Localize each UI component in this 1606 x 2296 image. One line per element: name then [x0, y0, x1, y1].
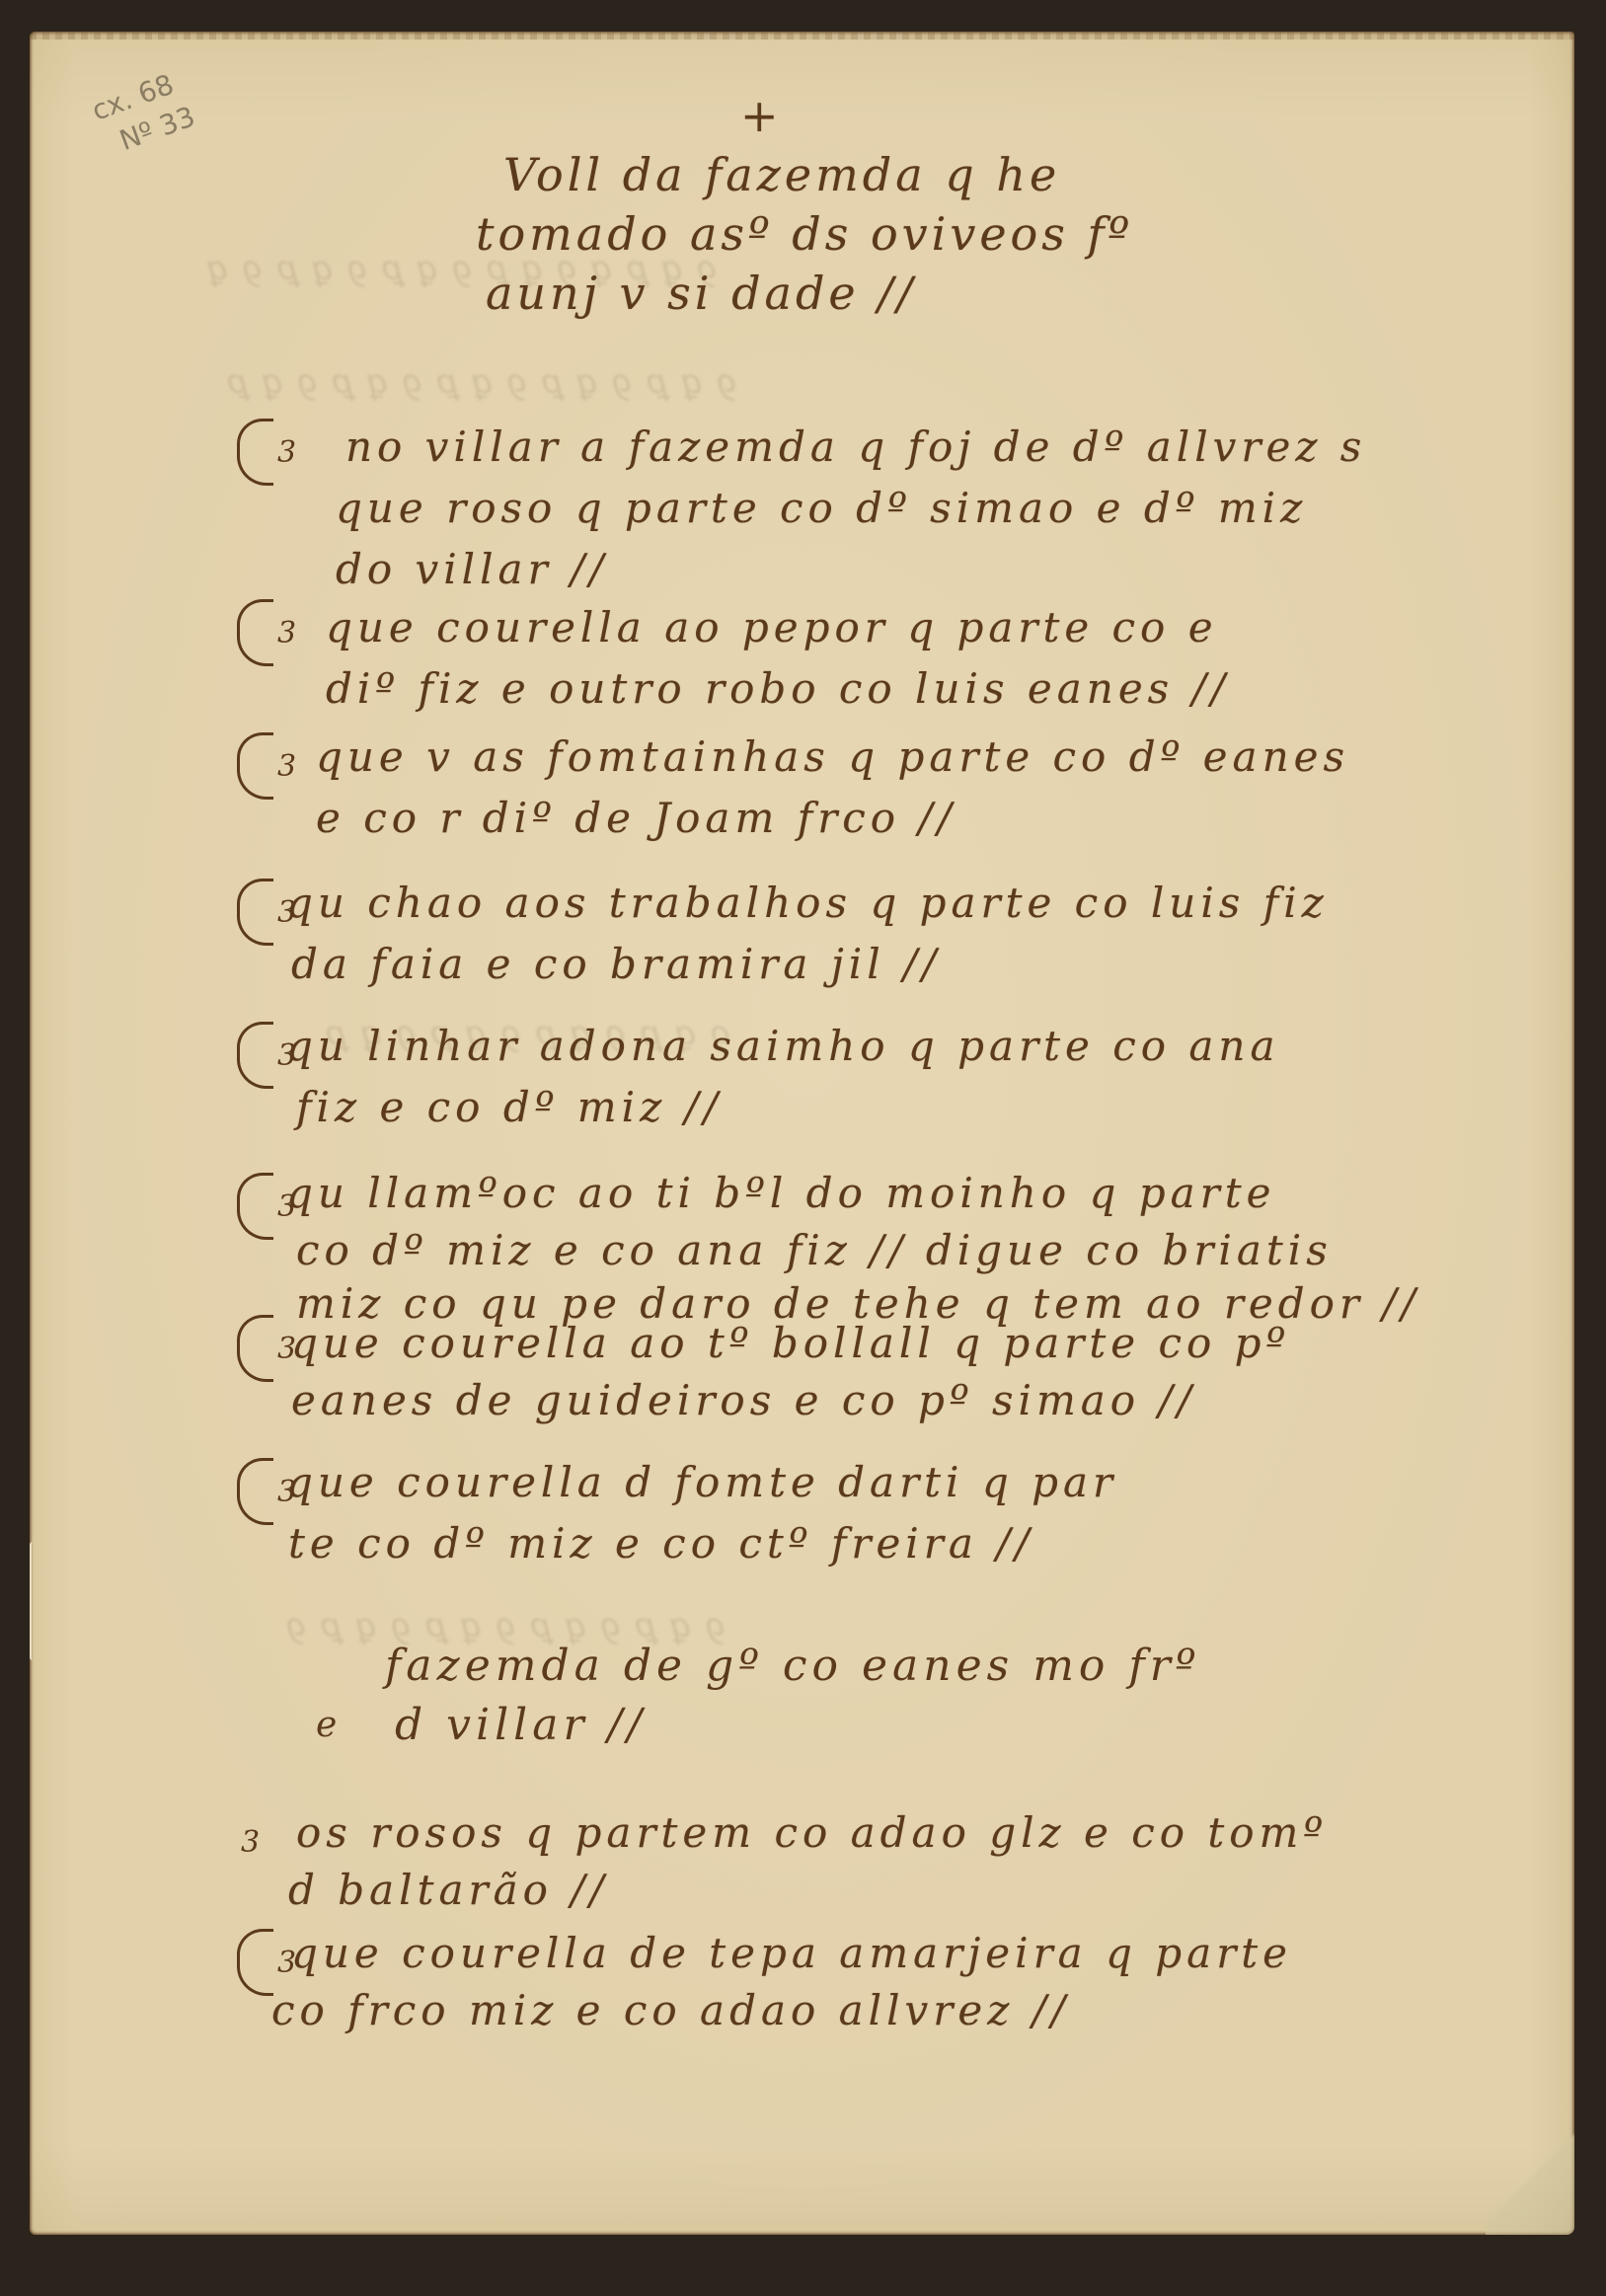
brace-icon [237, 599, 273, 666]
invocation-cross: + [740, 89, 779, 142]
entry-line: d baltarão // [288, 1866, 609, 1914]
entry-line: te co dº miz e co ctº freira // [288, 1519, 1034, 1568]
brace-icon [237, 1929, 273, 1996]
heading-line: aunj v si dade // [486, 267, 916, 320]
folded-corner [1486, 2126, 1574, 2235]
brace-icon [237, 1315, 273, 1382]
entry-line: os rosos q partem co adao glz e co tomº [296, 1808, 1328, 1857]
show-through-ink: ꝯ ꝗ ꝑ ꝯ ꝗ ꝑ ꝯ ꝗ ꝑ ꝯ ꝗ ꝑ ꝯ ꝗ ꝑ [227, 357, 738, 403]
entry-line: diº fiz e outro robo co luis eanes // [326, 664, 1230, 713]
brace-icon [237, 1173, 273, 1240]
deckled-top-edge [30, 32, 1574, 39]
entry-line: que courella ao tº bollall q parte co pº [291, 1319, 1290, 1367]
entry-line: co dº miz e co ana fiz // digue co briat… [296, 1226, 1333, 1274]
entry-line: e co r diº de Joam frco // [316, 794, 956, 842]
archive-reference-note: cx. 68 Nº 33 [87, 63, 200, 166]
entry-marker: 3 [237, 1315, 296, 1382]
entry-marker: 3 [237, 1814, 260, 1865]
brace-icon [237, 732, 273, 800]
entry-line: do villar // [336, 545, 608, 593]
entry-line: qu chao aos trabalhos q parte co luis fi… [286, 879, 1329, 927]
brace-icon [237, 1458, 273, 1525]
entry-line: que roso q parte co dº simao e dº miz [336, 484, 1307, 532]
left-edge-crease [30, 1542, 38, 1660]
brace-icon [237, 419, 273, 486]
entry-marker: 3 [237, 419, 296, 486]
subheading-line: fazemda de gº co eanes mo frº [385, 1641, 1200, 1691]
entry-line: fiz e co dº miz // [296, 1083, 723, 1131]
entry-line: co frco miz e co adao allvrez // [271, 1986, 1070, 2034]
entry-line: da faia e co bramira jil // [291, 940, 941, 988]
heading-line: tomado asº ds oviveos fº [476, 207, 1133, 261]
entry-line: no villar a fazemda q foj de dº allvrez … [345, 422, 1366, 471]
entry-marker: 3 [237, 599, 296, 666]
entry-line: qu linhar adona saimho q parte co ana [286, 1022, 1280, 1070]
heading-line: Voll da fazemda q he [503, 148, 1060, 201]
entry-line: qu llamºoc ao ti bºl do moinho q parte [286, 1169, 1275, 1217]
entry-line: que courella de tepa amarjeira q parte [291, 1929, 1292, 1977]
entry-line: eanes de guideiros e co pº simao // [291, 1376, 1196, 1424]
entry-marker: 3 [237, 732, 296, 800]
entry-line: que courella d fomte darti q par [286, 1458, 1117, 1506]
entry-line: que courella ao pepor q parte co e [326, 603, 1218, 651]
brace-icon [237, 879, 273, 946]
brace-icon [237, 1022, 273, 1089]
entry-line: que v as fomtainhas q parte co dº eanes [316, 732, 1349, 781]
subheading-prefix: e [316, 1705, 342, 1745]
subheading-line: d villar // [395, 1700, 647, 1750]
manuscript-page: ꝯ ꝗ ꝑ ꝗ ꝯ ꝗ ꝑ ꝯ ꝗ ꝑ ꝯ ꝗ ꝑ ꝯ ꝗ ꝯ ꝗ ꝑ ꝯ ꝗ … [30, 32, 1574, 2235]
